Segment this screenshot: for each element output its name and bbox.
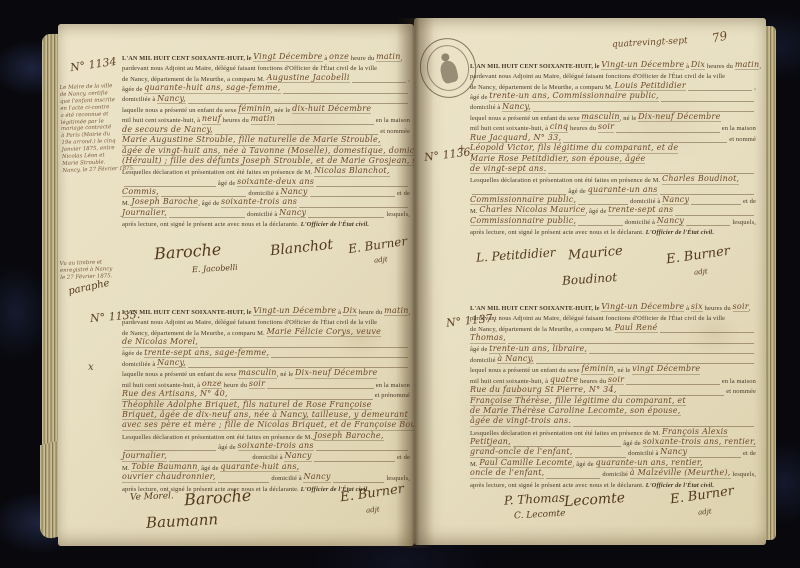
blank-rule [316, 178, 408, 187]
printed-text: heure du [222, 382, 249, 389]
blank-rule [188, 359, 408, 368]
text-line: pardevant nous Adjoint au Maire, délégué… [122, 62, 410, 72]
blank-rule [218, 474, 270, 483]
handwritten-text: soir [249, 380, 265, 389]
text-line: mil huit cent soixante-huit, à neuf heur… [122, 114, 410, 124]
register-scan: { "book": { "folio_annotation": "quatrev… [0, 0, 800, 568]
handwritten-text: (Hérault) ; fille des défunts Joseph Str… [122, 157, 463, 166]
handwritten-text: matin [735, 61, 760, 70]
handwritten-text: Tobie Baumann [131, 463, 197, 472]
text-line: âgée de quarante-huit ans, sage-femme, [122, 83, 410, 93]
blank-rule [689, 449, 740, 458]
text-line: mil huit cent soixante-huit, à quatre he… [470, 375, 756, 385]
printed-text: , [754, 84, 756, 91]
blank-rule [513, 438, 621, 447]
blank-rule [316, 442, 408, 451]
blank-rule [563, 134, 727, 143]
printed-text: M. [470, 461, 479, 468]
birth-act-1136: L'AN MIL HUIT CENT SOIXANTE-HUIT, le Vin… [470, 60, 756, 237]
printed-text: L'AN MIL HUIT CENT SOIXANTE-HUIT, le [470, 63, 601, 70]
printed-text: lesquels, [731, 471, 756, 478]
printed-text: âgé de [218, 444, 237, 451]
handwritten-text: Nancy [279, 209, 306, 218]
text-line: L'AN MIL HUIT CENT SOIXANTE-HUIT, le Vin… [122, 306, 410, 316]
text-line: après lecture, ont signé le présent acte… [122, 218, 410, 228]
handwritten-text: féminin [238, 105, 270, 114]
marginal-note-line: le 27 Février 1875. [60, 273, 118, 282]
blank-rule [533, 103, 754, 112]
printed-text: en la maison [722, 125, 756, 132]
signature: E. Burner [347, 234, 408, 256]
printed-text: , âgé de [573, 461, 596, 468]
printed-text: , [759, 63, 761, 70]
printed-text: âgé de [218, 180, 237, 187]
handwritten-text: Augustine Jacobelli [267, 74, 350, 83]
printed-text: , [409, 309, 411, 316]
handwritten-text: Marie Rose Petitdidier, son épouse, âgée [470, 155, 645, 164]
birth-act-1137: L'AN MIL HUIT CENT SOIXANTE-HUIT, le Vin… [470, 302, 756, 489]
printed-text: domicilié à [247, 211, 279, 218]
signature: adjt [374, 255, 388, 264]
signature: Baroche [183, 486, 251, 510]
printed-text: lequel nous a présenté un enfant du sexe [470, 367, 581, 374]
text-line: laquelle nous a présenté un enfant du se… [122, 104, 410, 114]
folio-annotation: quatrevingt-sept [612, 36, 688, 50]
handwritten-text: Commis, [122, 188, 159, 197]
printed-text: heures du [568, 125, 598, 132]
text-line: Rue Jacquard, N° 33,et nommé [470, 133, 756, 143]
text-line: de Nancy, département de la Meurthe, a c… [122, 327, 410, 337]
handwritten-text: grand-oncle de l'enfant, [470, 448, 573, 457]
text-line: Thomas, [470, 333, 756, 343]
right-page: quatrevingt-sept 79 N° 1136. + L'AN MIL … [414, 18, 766, 545]
blank-rule [124, 442, 216, 451]
printed-text: Lesquelles déclaration et présentation o… [122, 434, 314, 441]
handwritten-text: neuf [202, 115, 221, 124]
printed-text: , née le [271, 107, 292, 114]
handwritten-text: dix-huit Décembre [292, 105, 371, 114]
signature: E. Jacobelli [192, 263, 238, 274]
handwritten-text: Léopold Victor, fils légitime du compara… [470, 144, 678, 153]
text-line: domiciliée à Nancy, [122, 358, 410, 368]
text-line: Rue du faubourg St Pierre, N° 34,et nomm… [470, 385, 756, 395]
printed-text: L'AN MIL HUIT CENT SOIXANTE-HUIT, le [470, 305, 601, 312]
printed-text: M. [470, 208, 479, 215]
handwritten-text: trente-sept ans [608, 206, 673, 215]
printed-text: pardevant nous Adjoint au Maire, délégué… [470, 73, 725, 80]
printed-text: domicilié à [625, 219, 657, 226]
printed-text: L'Officier de l'État civil. [301, 221, 369, 228]
printed-text: pardevant nous Adjoint au Maire, délégué… [122, 65, 377, 72]
marginal-note-line: Nancy, le 27 Février 1875. [62, 166, 120, 175]
handwritten-text: Rue Jacquard, N° 33, [470, 134, 561, 143]
handwritten-text: ouvrier chaudronnier, [122, 473, 216, 482]
handwritten-text: Nancy [657, 217, 684, 226]
page-edges-right [765, 26, 776, 540]
handwritten-text: âgée de vingt-trois ans. [470, 417, 571, 426]
handwritten-text: de secours de Nancy, [122, 126, 213, 135]
blank-rule [573, 418, 754, 427]
printed-text: de Nancy, département de la Meurthe, a c… [122, 76, 267, 83]
handwritten-text: Rue du faubourg St Pierre, N° 34, [470, 386, 617, 395]
blank-rule [508, 335, 754, 344]
folio-number: 79 [711, 29, 729, 46]
handwritten-text: oncle de l'enfant, [470, 469, 544, 478]
handwritten-text: Marie Félicie Corys, veuve [267, 328, 382, 337]
printed-text: mil huit cent soixante-huit, à [122, 117, 202, 124]
marginal-mark-1135: x [88, 362, 94, 373]
printed-text: domicilié à [630, 198, 662, 205]
printed-text: Lesquelles déclaration et présentation o… [122, 169, 314, 176]
printed-text: lequel nous a présenté un enfant du sexe [470, 115, 581, 122]
text-line: Lesquelles déclaration et présentation o… [122, 431, 410, 441]
handwritten-text: Nancy [284, 452, 311, 461]
printed-text: domicilié à [252, 454, 284, 461]
text-line: Françoise Thérèse, fille légitime du com… [470, 396, 756, 406]
blank-rule [161, 188, 246, 197]
blank-rule [578, 196, 628, 205]
handwritten-text: soixante-trois ans [221, 198, 297, 207]
blank-rule [589, 345, 754, 354]
text-line: Journalier,domicilié à Nancylesquels, [122, 208, 410, 218]
blank-rule [310, 188, 395, 197]
printed-text: domicilié [470, 357, 497, 364]
signature: adjt [366, 505, 380, 514]
text-line: Lesquelles déclaration et présentation o… [470, 427, 756, 437]
blank-rule [230, 391, 373, 400]
handwritten-text: quarante-un ans [588, 186, 658, 195]
printed-text: et nommé [729, 136, 756, 143]
text-line: âgée de vingt-huit ans, née à Tavonne (M… [122, 146, 410, 156]
signature: Maurice [567, 244, 623, 264]
text-line: grand-oncle de l'enfant,domicilié à Nanc… [470, 447, 756, 457]
text-line: laquelle nous a présenté un enfant du se… [122, 368, 410, 378]
text-line: L'AN MIL HUIT CENT SOIXANTE-HUIT, le Vin… [470, 302, 756, 312]
printed-text: mil huit cent soixante-huit, à [470, 378, 550, 385]
printed-text: et nommée [726, 388, 756, 395]
act-1135-body: L'AN MIL HUIT CENT SOIXANTE-HUIT, le Vin… [122, 306, 410, 493]
text-line: de vingt-sept ans. [470, 164, 756, 174]
handwritten-text: Nancy [662, 196, 689, 205]
printed-text: après lecture, ont signé le présent acte… [470, 482, 646, 489]
blank-rule [536, 355, 754, 364]
printed-text: en la maison [376, 117, 410, 124]
handwritten-text: féminin [581, 365, 613, 374]
signature: Boudinot [562, 270, 618, 288]
marginal-mark-1136: + [458, 144, 466, 154]
printed-text: M. [122, 465, 131, 472]
printed-text: M. [122, 200, 131, 207]
text-line: Rue des Artisans, N° 40,et prénommé [122, 389, 410, 399]
text-line: M. Paul Camille Lecomte, âgé de quarante… [470, 458, 756, 468]
blank-rule [277, 116, 374, 125]
handwritten-text: Rue des Artisans, N° 40, [122, 390, 228, 399]
printed-text: et de [397, 454, 410, 461]
text-line: Petitjean,âgé de soixante-trois ans, ren… [470, 437, 756, 447]
handwritten-text: cinq [550, 123, 568, 132]
printed-text: L'Officier de l'État civil. [646, 229, 714, 236]
text-line: ouvrier chaudronnier,domicilié à Nancyle… [122, 472, 410, 482]
blank-rule [267, 380, 374, 389]
text-line: Commissionnaire public,domicilié à Nancy… [470, 216, 756, 226]
text-line: âgé de soixante-trois ans [122, 441, 410, 451]
text-line: Commis,domicilié à Nancyet de [122, 187, 410, 197]
blank-rule [215, 126, 378, 135]
printed-text: laquelle nous a présenté un enfant du se… [122, 371, 238, 378]
text-line: L'AN MIL HUIT CENT SOIXANTE-HUIT, le Vin… [122, 52, 410, 62]
text-line: Marie Rose Petitdidier, son épouse, âgée [470, 154, 756, 164]
handwritten-text: Nancy [280, 188, 307, 197]
printed-text: , né le [277, 371, 295, 378]
printed-text: pardevant nous Adjoint au Maire, délégué… [470, 315, 725, 322]
text-line: domiciliée à Nancy, [122, 94, 410, 104]
printed-text: Lesquelles déclaration et présentation o… [470, 177, 662, 184]
text-line: âgée de trente-sept ans, sage-femme, [122, 348, 410, 358]
blank-rule [675, 207, 754, 216]
text-line: de Nancy, département de la Meurthe, a c… [122, 73, 410, 83]
text-line: Lesquelles déclaration et présentation o… [470, 174, 756, 184]
signature: adjt [694, 267, 708, 276]
printed-text: et de [743, 198, 756, 205]
handwritten-text: matin [384, 307, 409, 316]
handwritten-text: soir [608, 376, 624, 385]
signature: Blanchot [269, 237, 333, 260]
printed-text: âgée de [122, 86, 144, 93]
handwritten-text: trente-un ans, libraire, [489, 345, 587, 354]
blank-rule [124, 178, 216, 187]
printed-text: Lesquelles déclaration et présentation o… [470, 430, 662, 437]
text-line: âgé de soixante-deux ans [122, 177, 410, 187]
printed-text: , né le [620, 115, 638, 122]
handwritten-text: masculin [238, 369, 276, 378]
text-line: âgé de trente-un ans, libraire, [470, 344, 756, 354]
printed-text: , [401, 55, 403, 62]
act-1134-body: L'AN MIL HUIT CENT SOIXANTE-HUIT, le Vin… [122, 52, 410, 229]
signature: C. Lecomte [514, 509, 566, 522]
printed-text: âgée de [122, 350, 144, 357]
printed-text: mil huit cent soixante-huit, à [470, 125, 550, 132]
printed-text: heure du [349, 55, 376, 62]
printed-text: et prénommé [375, 392, 410, 399]
text-line: mil huit cent soixante-huit, à onze heur… [122, 379, 410, 389]
handwritten-text: trente-un ans, Commissionnaire public, [489, 92, 659, 101]
text-line: lequel nous a présenté un enfant du sexe… [470, 112, 756, 122]
handwritten-text: Vingt-un Décembre [601, 61, 684, 70]
printed-text: lesquels, [386, 211, 410, 218]
text-line: Lesquelles déclaration et présentation o… [122, 166, 410, 176]
text-line: M. Tobie Baumann, âgé de quarante-huit a… [122, 462, 410, 472]
handwritten-text: Charles Boudinot, [662, 175, 739, 184]
blank-rule [283, 85, 408, 94]
handwritten-text: François Alexis [662, 428, 728, 437]
blank-rule [691, 196, 741, 205]
printed-text: , âgé de [586, 208, 609, 215]
handwritten-text: Nancy, [502, 103, 531, 112]
handwritten-text: Journalier, [122, 209, 167, 218]
stamp-inner-ring [422, 41, 474, 96]
marginal-registration-note: Vu au timbre etenregistré à Nancyle 27 F… [60, 259, 119, 282]
printed-text: après lecture, ont signé le présent acte… [470, 229, 646, 236]
printed-text: , né le [614, 367, 632, 374]
handwritten-text: quarante-huit ans, [220, 463, 299, 472]
blank-rule [333, 474, 385, 483]
act-number-1136: N° 1136. [423, 145, 474, 164]
act-number-1134: N° 1134 [69, 55, 117, 74]
text-line: pardevant nous Adjoint au Maire, délégué… [122, 316, 410, 326]
text-line: Journalier,domicilié à Nancyet de [122, 451, 410, 461]
text-line: Théophile Adolphe Briquet, fils naturel … [122, 400, 410, 410]
handwritten-text: Paul René [615, 324, 658, 333]
printed-text: de Nancy, département de la Meurthe, a c… [470, 84, 615, 91]
printed-text: L'AN MIL HUIT CENT SOIXANTE-HUIT, le [122, 309, 253, 316]
marginal-note-1134: Le Maire de la villede Nancy, certifiequ… [59, 83, 120, 175]
handwritten-text: Nancy [660, 448, 687, 457]
printed-text: domiciliée à [122, 361, 157, 368]
handwritten-text: onze [329, 53, 349, 62]
text-line: de Nicolas Morel, [122, 337, 410, 347]
handwritten-text: à Malzéville (Meurthe), [630, 469, 731, 478]
blank-rule [616, 124, 720, 133]
printed-text: heures du [221, 117, 251, 124]
text-line: âgée de vingt-trois ans. [470, 416, 756, 426]
signature: adjt [698, 507, 712, 516]
handwritten-text: Marie Augustine Strouble, fille naturell… [122, 136, 381, 145]
signature: Baroche [153, 240, 221, 264]
birth-act-1135: L'AN MIL HUIT CENT SOIXANTE-HUIT, le Vin… [122, 306, 410, 493]
printed-text: domicilié [602, 471, 629, 478]
handwritten-text: Nicolas Blanchot, [314, 167, 390, 176]
handwritten-text: soixante-trois ans, rentier, [643, 438, 756, 447]
handwritten-text: masculin [581, 113, 619, 122]
blank-rule [299, 199, 408, 208]
printed-text: heure du [357, 309, 384, 316]
blank-rule [200, 339, 408, 348]
handwritten-text: vingt Décembre [632, 365, 700, 374]
text-line: Commissionnaire public,domicilié à Nancy… [470, 195, 756, 205]
printed-text: âgé de [470, 346, 489, 353]
text-line: (Hérault) ; fille des défunts Joseph Str… [122, 156, 410, 166]
handwritten-text: onze [202, 380, 222, 389]
printed-text: heures du [578, 378, 608, 385]
blank-rule [169, 209, 245, 218]
handwritten-text: de vingt-sept ans. [470, 165, 546, 174]
printed-text: , âgé de [198, 465, 221, 472]
handwritten-text: Paul Camille Lecomte [479, 459, 572, 468]
text-line: avec ses père et mère ; fille de Nicolas… [122, 420, 410, 430]
text-line: de Nancy, département de la Meurthe, a c… [470, 81, 756, 91]
text-line: M. Charles Nicolas Maurice, âgé de trent… [470, 205, 756, 215]
blank-rule [660, 186, 754, 195]
handwritten-text: Théophile Adolphe Briquet, fils naturel … [122, 401, 372, 410]
blank-rule [472, 186, 566, 195]
printed-text: L'AN MIL HUIT CENT SOIXANTE-HUIT, le [122, 55, 253, 62]
handwritten-text: Vingt-un Décembre [601, 303, 684, 312]
printed-text: âgé de [470, 94, 489, 101]
signature: P. Thomas [504, 490, 566, 507]
handwritten-text: Petitjean, [470, 438, 511, 447]
handwritten-text: Louis Petitdidier [615, 82, 686, 91]
handwritten-text: trente-sept ans, sage-femme, [144, 349, 269, 358]
handwritten-text: Thomas, [470, 334, 506, 343]
printed-text: domicilié à [470, 104, 502, 111]
printed-text: , [749, 305, 751, 312]
printed-text: en la maison [722, 378, 756, 385]
handwritten-text: Journalier, [122, 452, 167, 461]
handwritten-text: Commissionnaire public, [470, 217, 576, 226]
handwritten-text: Briquet, âgée de dix-neuf ans, née à Nan… [122, 411, 408, 420]
blank-rule [308, 209, 384, 218]
text-line: de Nancy, département de la Meurthe, a c… [470, 323, 756, 333]
signature: Ve Morel. [130, 491, 174, 503]
printed-text: heures du [705, 63, 735, 70]
handwritten-text: Dix [691, 61, 705, 70]
stamp-figure-body [439, 59, 460, 84]
handwritten-text: Vingt Décembre [253, 53, 322, 62]
handwritten-text: Charles Nicolas Maurice [479, 206, 585, 215]
blank-rule [578, 217, 622, 226]
printed-text: laquelle nous a présenté un enfant du se… [122, 107, 238, 114]
blank-rule [575, 449, 626, 458]
act-1137-body: L'AN MIL HUIT CENT SOIXANTE-HUIT, le Vin… [470, 302, 756, 489]
handwritten-text: Joseph Baroche, [314, 432, 384, 441]
printed-text: domicilié à [271, 475, 303, 482]
text-line: mil huit cent soixante-huit, à cinq heur… [470, 122, 756, 132]
blank-rule [626, 376, 719, 385]
blank-rule [686, 217, 730, 226]
blank-rule [352, 74, 407, 83]
text-line: L'AN MIL HUIT CENT SOIXANTE-HUIT, le Vin… [470, 60, 756, 70]
handwritten-text: Nancy, [157, 95, 186, 104]
printed-text: lesquels, [732, 219, 756, 226]
handwritten-text: soir [733, 303, 749, 312]
text-line: de secours de Nancy,et nommée [122, 125, 410, 135]
handwritten-text: Françoise Thérèse, fille légitime du com… [470, 397, 686, 406]
printed-text: domiciliée à [122, 96, 157, 103]
printed-text: domicilié à [628, 450, 660, 457]
blank-rule [548, 165, 754, 174]
left-page: N° 1134 Le Maire de la villede Nancy, ce… [58, 24, 414, 546]
handwritten-text: de Marie Thérèse Caroline Lecomte, son é… [470, 407, 681, 416]
handwritten-text: quarante-huit ans, sage-femme, [144, 84, 280, 93]
handwritten-text: soir [598, 123, 614, 132]
handwritten-text: Dix-neuf Décembre [295, 369, 377, 378]
handwritten-text: matin [251, 115, 276, 124]
text-line: de Marie Thérèse Caroline Lecomte, son é… [470, 406, 756, 416]
blank-rule [314, 453, 395, 462]
handwritten-text: matin [376, 53, 401, 62]
signature: Baumann [146, 510, 219, 532]
text-line: pardevant nous Adjoint au Maire, délégué… [470, 70, 756, 80]
act-1136-body: L'AN MIL HUIT CENT SOIXANTE-HUIT, le Vin… [470, 60, 756, 237]
printed-text: domicilié à [248, 190, 280, 197]
handwritten-text: Nancy, [157, 359, 186, 368]
printed-text: âgé de [568, 188, 587, 195]
text-line: domicilié à Nancy, [470, 354, 756, 364]
text-line: Marie Augustine Strouble, fille naturell… [122, 135, 410, 145]
text-line: Briquet, âgée de dix-neuf ans, née à Nan… [122, 410, 410, 420]
handwritten-text: Dix [343, 307, 357, 316]
signature: Lecomte [564, 490, 626, 510]
handwritten-text: soixante-deux ans [237, 178, 314, 187]
printed-text: , [408, 76, 410, 83]
printed-text: de Nancy, département de la Meurthe, a c… [470, 326, 615, 333]
text-line: M. Joseph Baroche, âgé de soixante-trois… [122, 197, 410, 207]
blank-rule [660, 324, 754, 333]
handwritten-text: soixante-trois ans [238, 442, 314, 451]
handwritten-text: six [691, 303, 703, 312]
handwritten-text: Nancy [303, 473, 330, 482]
handwritten-text: Commissionnaire public, [470, 196, 576, 205]
